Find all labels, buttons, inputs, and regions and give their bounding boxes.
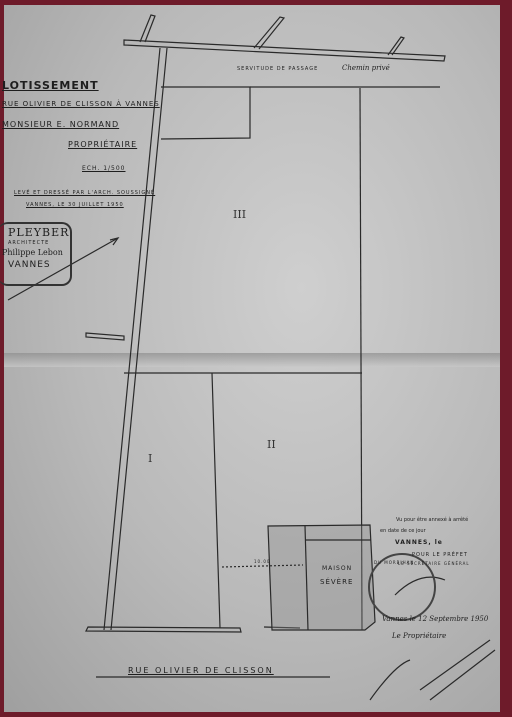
plan-location: RUE OLIVIER DE CLISSON À VANNES (2, 100, 160, 108)
easement-label: SERVITUDE DE PASSAGE (237, 66, 318, 72)
stamp-name: PLEYBER (8, 226, 69, 239)
approval-place: VANNES, le (395, 539, 443, 546)
approval-line2: en date de ce jour (380, 528, 426, 534)
stamp-city: VANNES (8, 260, 51, 270)
owner-role: PROPRIÉTAIRE (68, 140, 137, 149)
approval-prefect: POUR LE PRÉFET (412, 552, 468, 558)
survey-line: LEVÉ ET DRESSÉ PAR L'ARCH. SOUSSIGNÉ (14, 190, 155, 196)
house-label-line1: MAISON (322, 565, 352, 572)
house-label-line2: SÉVÈRE (320, 578, 353, 586)
owner-line: MONSIEUR E. NORMAND (2, 120, 119, 129)
dimension-label: 10.00 (254, 559, 270, 564)
street-label: RUE OLIVIER DE CLISSON (128, 666, 274, 675)
private-road-label: Chemin privé (342, 64, 390, 72)
lot-label-i: I (148, 452, 152, 465)
seal-text: DU MORBIHAN (374, 560, 414, 565)
stamp-address: Philippe Lebon (2, 248, 63, 257)
lot-label-ii: II (267, 438, 276, 451)
date-line: VANNES, LE 30 JUILLET 1950 (26, 202, 124, 208)
lot-label-iii: III (233, 208, 246, 221)
stamp-subtitle: ARCHITECTE (8, 240, 49, 246)
approval-line1: Vu pour être annexé à arrêté (396, 517, 468, 523)
plan-title: LOTISSEMENT (2, 79, 99, 92)
signoff-role: Le Propriétaire (392, 632, 446, 640)
plan-scale: ECH. 1/500 (82, 165, 126, 172)
signoff-date: Vannes le 12 Septembre 1950 (382, 615, 488, 623)
